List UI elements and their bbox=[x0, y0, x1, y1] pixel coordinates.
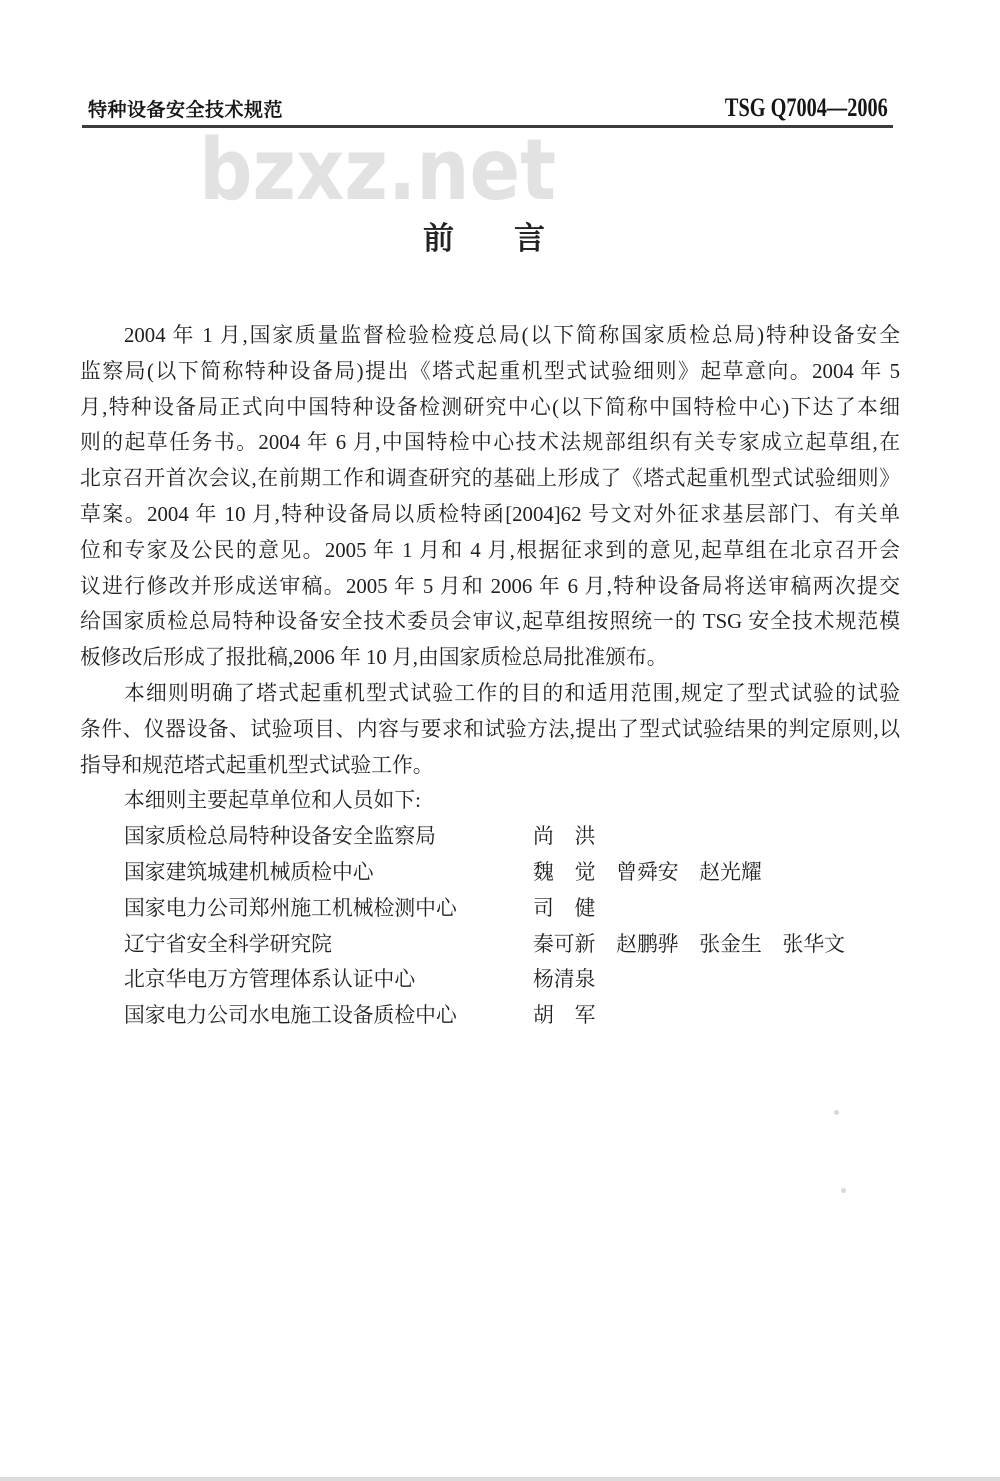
para2-line1: 本细则明确了塔式起重机型式试验工作的目的和适用范围,规定了型式试验的试验 bbox=[80, 676, 900, 712]
drafter-row: 国家电力公司水电施工设备质检中心 胡 军 bbox=[80, 998, 900, 1034]
scan-bottom-edge bbox=[0, 1477, 1000, 1481]
document-page: 特种设备安全技术规范 TSG Q7004—2006 bzxz.net 前 言 2… bbox=[0, 0, 1000, 1481]
drafter-org: 辽宁省安全科学研究院 bbox=[80, 927, 533, 963]
para1-line5: 北京召开首次会议,在前期工作和调查研究的基础上形成了《塔式起重机型式试验细则》 bbox=[80, 461, 900, 497]
title-char-second: 言 bbox=[514, 213, 545, 258]
drafter-names: 魏 觉 曾舜安 赵光耀 bbox=[533, 855, 762, 891]
drafter-row: 辽宁省安全科学研究院 秦可新 赵鹏骅 张金生 张华文 bbox=[80, 927, 900, 963]
drafter-names: 司 健 bbox=[533, 891, 595, 927]
header-doc-number: TSG Q7004—2006 bbox=[725, 98, 888, 118]
para1-line4: 则的起草任务书。2004 年 6 月,中国特检中心技术法规部组织有关专家成立起草… bbox=[80, 425, 900, 461]
scan-speck bbox=[834, 1110, 839, 1115]
drafter-names: 杨清泉 bbox=[533, 962, 595, 998]
para1-line8: 议进行修改并形成送审稿。2005 年 5 月和 2006 年 6 月,特种设备局… bbox=[80, 569, 900, 605]
drafter-row: 国家质检总局特种设备安全监察局 尚 洪 bbox=[80, 819, 900, 855]
para1-line10: 板修改后形成了报批稿,2006 年 10 月,由国家质检总局批准颁布。 bbox=[80, 640, 900, 676]
para2-line3: 指导和规范塔式起重机型式试验工作。 bbox=[80, 748, 900, 784]
header-spec-name: 特种设备安全技术规范 bbox=[88, 95, 283, 122]
drafter-org: 国家电力公司郑州施工机械检测中心 bbox=[80, 891, 533, 927]
para1-line6: 草案。2004 年 10 月,特种设备局以质检特函[2004]62 号文对外征求… bbox=[80, 497, 900, 533]
title-char-first: 前 bbox=[423, 213, 454, 258]
page-title: 前 言 bbox=[0, 213, 984, 258]
drafter-row: 国家建筑城建机械质检中心 魏 觉 曾舜安 赵光耀 bbox=[80, 855, 900, 891]
para1-line3: 月,特种设备局正式向中国特种设备检测研究中心(以下简称中国特检中心)下达了本细 bbox=[80, 390, 900, 426]
drafter-org: 国家质检总局特种设备安全监察局 bbox=[80, 819, 533, 855]
para1-line2: 监察局(以下简称特种设备局)提出《塔式起重机型式试验细则》起草意向。2004 年… bbox=[80, 354, 900, 390]
foreword-body: 2004 年 1 月,国家质量监督检验检疫总局(以下简称国家质检总局)特种设备安… bbox=[80, 318, 900, 1034]
page-header: 特种设备安全技术规范 TSG Q7004—2006 bbox=[0, 95, 1000, 122]
scan-speck bbox=[841, 1188, 846, 1193]
drafter-row: 北京华电万方管理体系认证中心 杨清泉 bbox=[80, 962, 900, 998]
drafter-row: 国家电力公司郑州施工机械检测中心 司 健 bbox=[80, 891, 900, 927]
drafter-org: 北京华电万方管理体系认证中心 bbox=[80, 962, 533, 998]
para1-line1: 2004 年 1 月,国家质量监督检验检疫总局(以下简称国家质检总局)特种设备安… bbox=[80, 318, 900, 354]
para1-line9: 给国家质检总局特种设备安全技术委员会审议,起草组按照统一的 TSG 安全技术规范… bbox=[80, 604, 900, 640]
drafter-names: 尚 洪 bbox=[533, 819, 595, 855]
drafter-names: 秦可新 赵鹏骅 张金生 张华文 bbox=[533, 927, 845, 963]
para1-line7: 位和专家及公民的意见。2005 年 1 月和 4 月,根据征求到的意见,起草组在… bbox=[80, 533, 900, 569]
para3-line1: 本细则主要起草单位和人员如下: bbox=[80, 783, 900, 819]
watermark-text: bzxz.net bbox=[199, 128, 556, 213]
drafters-list: 国家质检总局特种设备安全监察局 尚 洪 国家建筑城建机械质检中心 魏 觉 曾舜安… bbox=[80, 819, 900, 1034]
drafter-org: 国家建筑城建机械质检中心 bbox=[80, 855, 533, 891]
drafter-org: 国家电力公司水电施工设备质检中心 bbox=[80, 998, 533, 1034]
drafter-names: 胡 军 bbox=[533, 998, 595, 1034]
para2-line2: 条件、仪器设备、试验项目、内容与要求和试验方法,提出了型式试验结果的判定原则,以 bbox=[80, 712, 900, 748]
